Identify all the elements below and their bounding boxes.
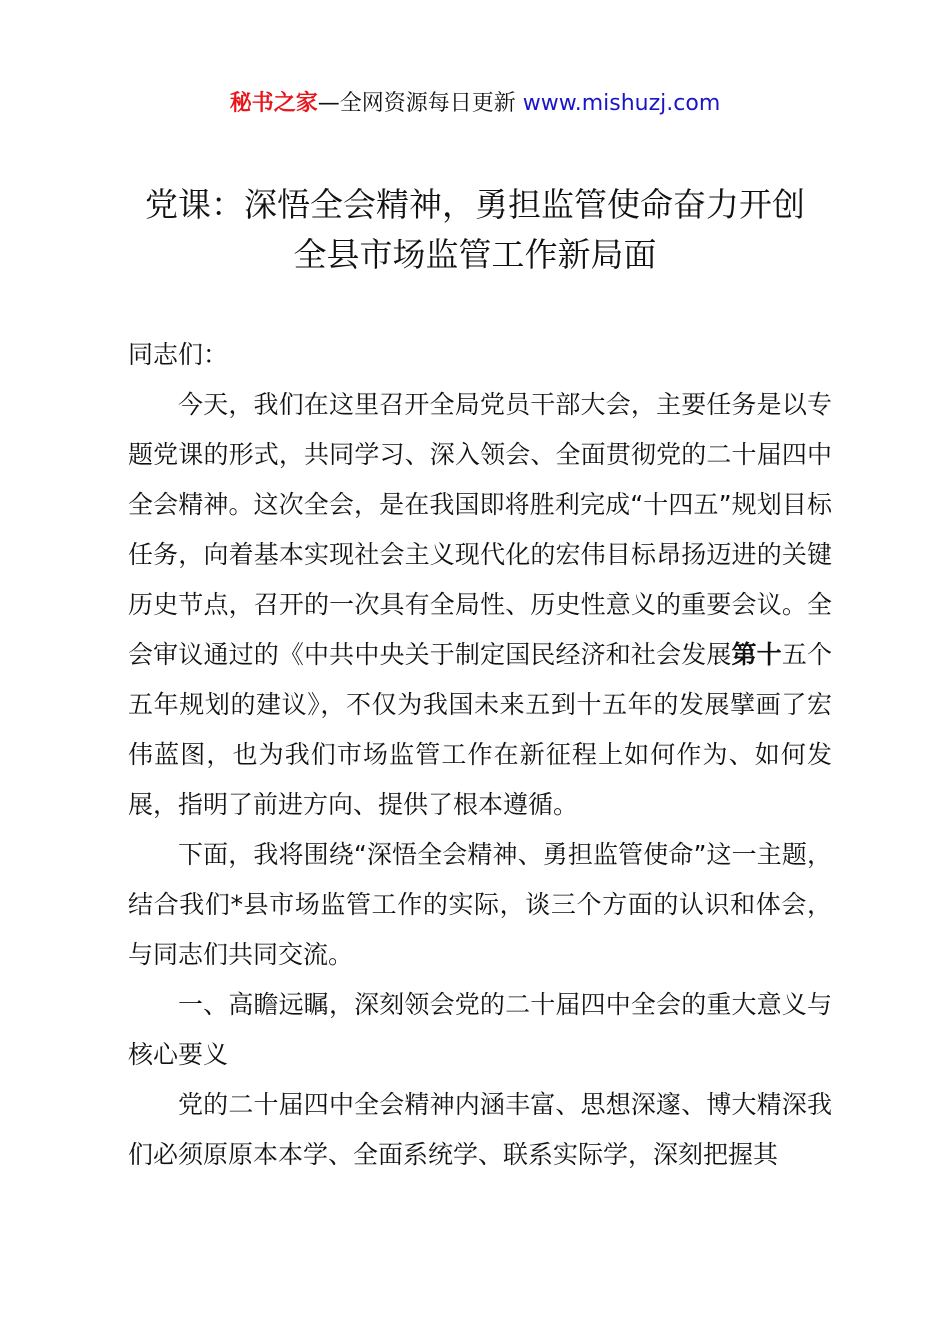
title-line-1: 党课：深悟全会精神，勇担监管使命奋力开创 [100, 180, 850, 230]
paragraph-outline: 下面，我将围绕“深悟全会精神、勇担监管使命”这一主题，结合我们*县市场监管工作的… [128, 830, 832, 980]
paragraph-intro: 今天，我们在这里召开全局党员干部大会，主要任务是以专题党课的形式，共同学习、深入… [128, 380, 832, 830]
site-slogan: —全网资源每日更新 [318, 91, 523, 116]
document-body: 同志们： 今天，我们在这里召开全局党员干部大会，主要任务是以专题党课的形式，共同… [128, 330, 832, 1180]
salutation: 同志们： [128, 330, 832, 380]
site-header: 秘书之家—全网资源每日更新 www.mishuzj.com [0, 86, 950, 122]
title-line-2: 全县市场监管工作新局面 [100, 230, 850, 280]
site-brand: 秘书之家 [230, 91, 318, 116]
paragraph-intro-part1: 今天，我们在这里召开全局党员干部大会，主要任务是以专题党课的形式，共同学习、深入… [128, 390, 832, 669]
paragraph-intro-bold: 第十 [732, 640, 782, 669]
section-heading-1: 一、高瞻远瞩，深刻领会党的二十届四中全会的重大意义与核心要义 [128, 980, 832, 1080]
paragraph-section-1: 党的二十届四中全会精神内涵丰富、思想深邃、博大精深我们必须原原本本学、全面系统学… [128, 1080, 832, 1180]
site-url-link[interactable]: www.mishuzj.com [523, 91, 720, 116]
document-title: 党课：深悟全会精神，勇担监管使命奋力开创 全县市场监管工作新局面 [100, 180, 850, 280]
